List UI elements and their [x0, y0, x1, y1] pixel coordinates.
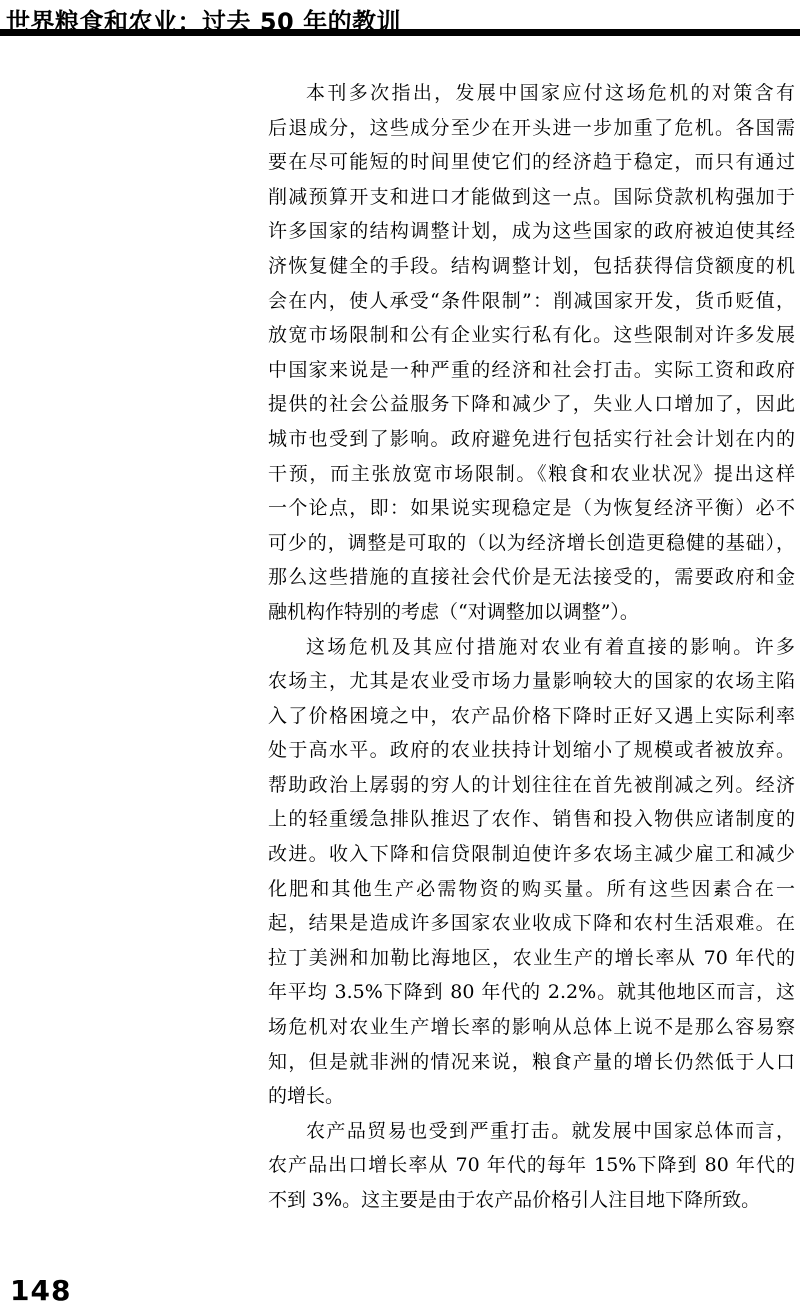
text-line: 的增长。 [268, 1079, 795, 1114]
text-line: 干预，而主张放宽市场限制。《粮食和农业状况》提出这样 [268, 457, 795, 492]
text-line: 融机构作特别的考虑（“对调整加以调整”）。 [268, 595, 795, 630]
text-line: 帮助政治上孱弱的穷人的计划往往在首先被削减之列。经济 [268, 768, 795, 803]
text-line: 场危机对农业生产增长率的影响从总体上说不是那么容易察 [268, 1010, 795, 1045]
text-line: 许多国家的结构调整计划，成为这些国家的政府被迫使其经 [268, 214, 795, 249]
text-line: 城市也受到了影响。政府避免进行包括实行社会计划在内的 [268, 422, 795, 457]
text-line: 后退成分，这些成分至少在开头进一步加重了危机。各国需 [268, 111, 795, 146]
text-line: 农产品出口增长率从 70 年代的每年 15%下降到 80 年代的 [268, 1148, 795, 1183]
text-line: 一个论点，即：如果说实现稳定是（为恢复经济平衡）必不 [268, 491, 795, 526]
text-line: 那么这些措施的直接社会代价是无法接受的，需要政府和金 [268, 560, 795, 595]
text-line: 可少的，调整是可取的（以为经济增长创造更稳健的基础）， [268, 526, 795, 561]
book-page: 世界粮食和农业：过去 50 年的教训 本刊多次指出，发展中国家应付这场危机的对策… [0, 0, 800, 1303]
body-text: 本刊多次指出，发展中国家应付这场危机的对策含有后退成分，这些成分至少在开头进一步… [268, 76, 795, 1218]
text-line: 中国家来说是一种严重的经济和社会打击。实际工资和政府 [268, 353, 795, 388]
paragraph: 本刊多次指出，发展中国家应付这场危机的对策含有后退成分，这些成分至少在开头进一步… [268, 76, 795, 630]
text-line: 化肥和其他生产必需物资的购买量。所有这些因素合在一 [268, 872, 795, 907]
text-line: 年平均 3.5%下降到 80 年代的 2.2%。就其他地区而言，这 [268, 975, 795, 1010]
text-line: 拉丁美洲和加勒比海地区，农业生产的增长率从 70 年代的 [268, 941, 795, 976]
paragraph: 农产品贸易也受到严重打击。就发展中国家总体而言，农产品出口增长率从 70 年代的… [268, 1114, 795, 1218]
text-line: 提供的社会公益服务下降和减少了，失业人口增加了，因此 [268, 387, 795, 422]
text-line: 处于高水平。政府的农业扶持计划缩小了规模或者被放弃。 [268, 733, 795, 768]
text-line: 改进。收入下降和信贷限制迫使许多农场主减少雇工和减少 [268, 837, 795, 872]
text-line: 济恢复健全的手段。结构调整计划，包括获得信贷额度的机 [268, 249, 795, 284]
text-line: 本刊多次指出，发展中国家应付这场危机的对策含有 [268, 76, 795, 111]
text-line: 削减预算开支和进口才能做到这一点。国际贷款机构强加于 [268, 180, 795, 215]
text-line: 会在内，使人承受“条件限制”：削减国家开发，货币贬值， [268, 284, 795, 319]
text-line: 知，但是就非洲的情况来说，粮食产量的增长仍然低于人口 [268, 1045, 795, 1080]
header-rule [0, 29, 800, 36]
text-line: 入了价格困境之中，农产品价格下降时正好又遇上实际利率 [268, 699, 795, 734]
text-line: 这场危机及其应付措施对农业有着直接的影响。许多 [268, 630, 795, 665]
paragraph: 这场危机及其应付措施对农业有着直接的影响。许多农场主，尤其是农业受市场力量影响较… [268, 630, 795, 1114]
text-line: 不到 3%。这主要是由于农产品价格引人注目地下降所致。 [268, 1183, 795, 1218]
text-line: 要在尽可能短的时间里使它们的经济趋于稳定，而只有通过 [268, 145, 795, 180]
text-line: 上的轻重缓急排队推迟了农作、销售和投入物供应诸制度的 [268, 802, 795, 837]
text-line: 起，结果是造成许多国家农业收成下降和农村生活艰难。在 [268, 906, 795, 941]
text-line: 农产品贸易也受到严重打击。就发展中国家总体而言， [268, 1114, 795, 1149]
text-line: 放宽市场限制和公有企业实行私有化。这些限制对许多发展 [268, 318, 795, 353]
page-number: 148 [10, 1274, 71, 1303]
text-line: 农场主，尤其是农业受市场力量影响较大的国家的农场主陷 [268, 664, 795, 699]
